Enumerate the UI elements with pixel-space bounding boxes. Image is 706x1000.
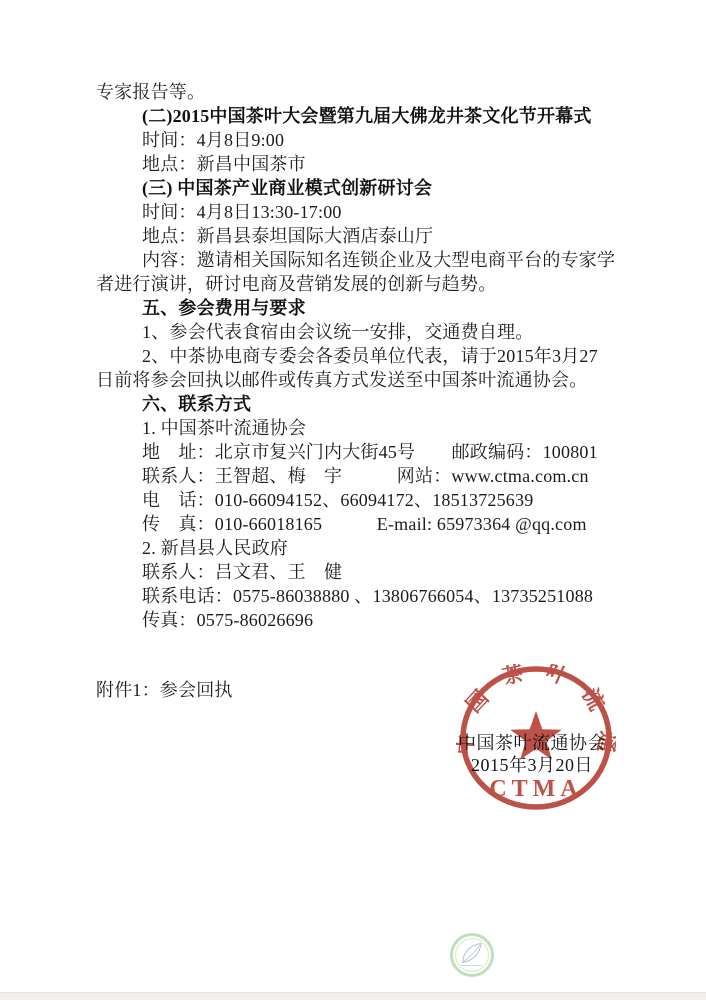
doc-line: 传 真：010-66018165 E-mail: 65973364 @qq.co… [96,512,660,536]
doc-heading: (三) 中国茶产业商业模式创新研讨会 [96,176,660,200]
page-bottom-edge [0,992,706,1000]
doc-line: 联系人：王智超、梅 宇 网站：www.ctma.com.cn [96,464,660,488]
doc-line: 联系电话：0575-86038880 、13806766054、13735251… [96,584,660,608]
doc-line: 地点：新昌中国茶市 [96,152,660,176]
document-body: 专家报告等。 (二)2015中国茶叶大会暨第九届大佛龙井茶文化节开幕式 时间：4… [96,80,660,702]
doc-line: 地 址：北京市复兴门内大街45号 邮政编码：100801 [96,440,660,464]
doc-heading: 五、参会费用与要求 [96,296,660,320]
doc-line: 1、参会代表食宿由会议统一安排，交通费自理。 [96,320,660,344]
doc-heading: 六、联系方式 [96,392,660,416]
doc-line: 时间：4月8日9:00 [96,128,660,152]
signature-date: 2015年3月20日 [471,751,593,777]
doc-line: 日前将参会回执以邮件或传真方式发送至中国茶叶流通协会。 [96,368,660,392]
doc-line: 1. 中国茶叶流通协会 [96,416,660,440]
doc-line: 传真：0575-86026696 [96,608,660,632]
doc-line: 联系人：吕文君、王 健 [96,560,660,584]
leaf-watermark-icon [449,932,495,978]
doc-line: 内容：邀请相关国际知名连锁企业及大型电商平台的专家学 [96,248,660,272]
doc-line: 专家报告等。 [96,80,660,104]
doc-line: 地点：新昌县泰坦国际大酒店泰山厅 [96,224,660,248]
doc-line: 2、中茶协电商专委会各委员单位代表，请于2015年3月27 [96,344,660,368]
document-page: 专家报告等。 (二)2015中国茶叶大会暨第九届大佛龙井茶文化节开幕式 时间：4… [0,0,706,1000]
seal-acronym: CTMA [489,776,582,802]
doc-heading: (二)2015中国茶叶大会暨第九届大佛龙井茶文化节开幕式 [96,104,660,128]
doc-line: 2. 新昌县人民政府 [96,536,660,560]
doc-line: 电 话：010-66094152、66094172、18513725639 [96,488,660,512]
doc-line: 时间：4月8日13:30-17:00 [96,200,660,224]
doc-line: 者进行演讲，研讨电商及营销发展的创新与趋势。 [96,272,660,296]
